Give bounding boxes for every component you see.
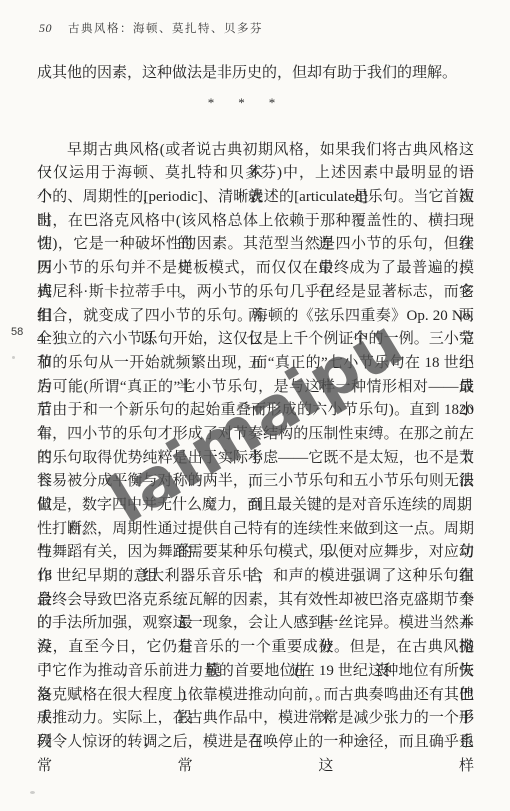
book-title: 古典风格：海顿、莫扎特、贝多芬 [68,20,263,36]
page-number: 50 [39,21,52,36]
separator-star: * [269,95,276,110]
margin-page-number: 58 [11,326,23,338]
text-line: 组合，就变成了四小节的乐句。海顿的《弦乐四重奏》Op. 20 No. 4 以七个… [37,305,474,329]
scan-speck [30,791,35,794]
text-line: 列令人惊讶的转调之后，模进是召唤停止的一种途径，而且确乎也常常这样 [37,731,474,755]
separator-star: * [238,95,245,110]
text-line: 为可能(所谓“真正的”七小节乐句，是与这样一种情形相对——最后一小 [37,376,474,400]
scan-speck [12,356,15,359]
text-line: 右，四小节的乐句才形成了对节奏结构的压制性束缚。在那之前，四小节 [37,423,474,447]
text-line: 仅仅运用于海顿、莫扎特和贝多芬)中，上述因素中最明显的一个，就是短 [37,162,474,186]
text-line: 了它作为推动音乐前进力量的首要地位(在 19 世纪这种地位有所恢复)。巴 [37,660,474,684]
text-line: 的手法所加强，观察这一现象，会让人感到一丝诧异。模进当然并没有被抛 [37,612,474,636]
text-line: 但是，数字四中并无什么魔力，而且最关键的是对音乐连续的周期性打断。 [37,494,474,518]
text-line: 自然，周期性通过提供自己特有的连续性来做到这一点。周期性的乐句 [37,518,474,542]
text-line: 最终会导致巴洛克系统瓦解的因素，其有效性却被巴洛克盛期节奏的最基本 [37,589,474,613]
running-header: 50 古典风格：海顿、莫扎特、贝多芬 [39,20,474,36]
text-line: 梅尼科·斯卡拉蒂手中，两小节的乐句几乎已经是显著标志，而它们两两 [37,281,474,305]
text-line: 弃，直至今日，它仍是音乐的一个重要成分。但是，在古典风格中，模进丧失 [37,636,474,660]
text-line: 四小节的乐句并不是样板模式，而仅仅在最终成为了最普遍的模式。在多 [37,257,474,281]
text-line: 早期古典风格(或者说古典初期风格，如果我们将古典风格这一术语 [37,139,474,163]
text-line: 节的乐句从一开始就频繁出现，而“真正的”七小节乐句在 18 世纪后半叶成 [37,352,474,376]
book-page: 50 古典风格：海顿、莫扎特、贝多芬 58 成其他的因素，这种做法是非历史的，但… [0,0,510,811]
text-line: 小的、周期性的[periodic]、清晰表述的[articulated]乐句。当… [37,186,474,210]
text-line: 成其他的因素，这种做法是非历史的，但却有助于我们的理解。 [37,62,474,86]
text-line: 节由于和一个新乐句的起始重叠而形成的六小节乐句)。直到 1820 年左 [37,399,474,423]
text-line: 洛克赋格在很大程度上依靠模进推动向前，而古典奏鸣曲还有其他手段来形 [37,684,474,708]
text-line: 18 世纪早期的意大利器乐音乐中，和声的模进强调了这种乐句组合。一个 [37,565,474,589]
text-line: 全独立的六小节乐句开始，这仅仅是上千个例证中的一例。三小节和五小 [37,328,474,352]
body-text: 成其他的因素，这种做法是非历史的，但却有助于我们的理解。***早期古典风格(或者… [37,62,474,755]
section-separator: *** [23,86,460,139]
text-line: 容易被分成平衡与对称的两半，而三小节乐句和五小节乐句则无法做到。 [37,470,474,494]
text-line: 与舞蹈有关，因为舞蹈需要某种乐句模式，以便对应舞步，对应动作组合。在 [37,541,474,565]
text-line: 的乐句取得优势纯粹是出于实际考虑——它既不是太短，也不是太长，很 [37,447,474,471]
text-line: 性)，它是一种破坏性的因素。其范型当然是四小节的乐句，但在历史中， [37,233,474,257]
text-line: 成推动力。实际上，在古典作品中，模进常常是减少张力的一个手段；在一系 [37,707,474,731]
separator-star: * [208,95,215,110]
text-line: 时，在巴洛克风格中(该风格总体上依赖于那种覆盖性的、横扫一切的连续 [37,210,474,234]
